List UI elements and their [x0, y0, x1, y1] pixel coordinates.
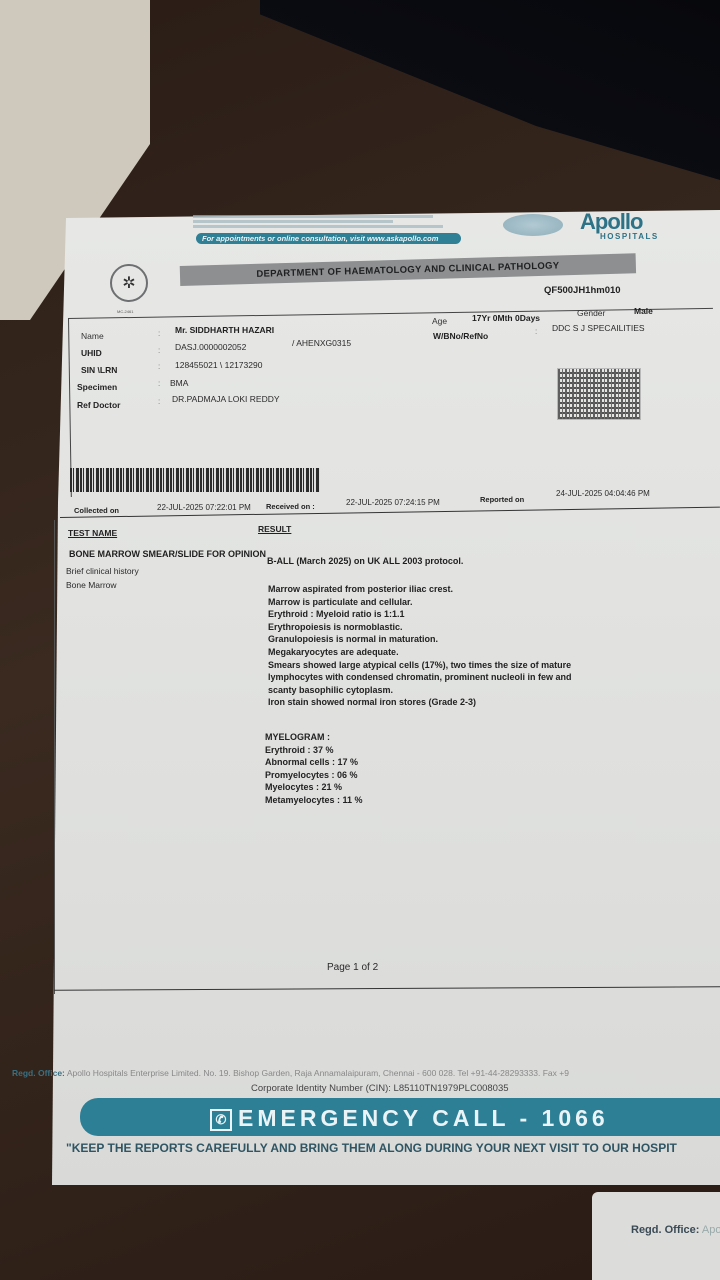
reported-value: 24-JUL-2025 04:04:46 PM — [556, 489, 650, 498]
ref-doctor-label: Ref Doctor — [77, 400, 120, 410]
logo-sub: HOSPITALS — [600, 232, 659, 241]
myelogram-row: Abnormal cells : 17 % — [265, 756, 363, 769]
contact-block — [193, 213, 463, 235]
received-value: 22-JUL-2025 07:24:15 PM — [346, 498, 440, 507]
form-code: QF500JH1hm010 — [544, 285, 621, 296]
sin-value: 128455021 \ 12173290 — [175, 360, 262, 370]
colon: : — [158, 346, 160, 355]
finding-line: Marrow is particulate and cellular. — [268, 596, 628, 609]
specimen-label: Specimen — [77, 382, 117, 392]
patient-name: Mr. SIDDHARTH HAZARI — [175, 325, 274, 335]
second-report-page — [592, 1192, 720, 1280]
colon: : — [158, 329, 160, 338]
result-header: RESULT — [258, 524, 291, 534]
finding-line: scanty basophilic cytoplasm. — [268, 684, 628, 697]
history-value: B-ALL (March 2025) on UK ALL 2003 protoc… — [267, 556, 463, 566]
myelogram: MYELOGRAM : Erythroid : 37 % Abnormal ce… — [265, 731, 363, 807]
uhid-extra: / AHENXG0315 — [292, 338, 351, 348]
second-page-regd: Regd. Office: Apo — [631, 1224, 720, 1236]
uhid-value: DASJ.0000002052 — [175, 342, 246, 352]
gender-label: Gender — [577, 308, 605, 318]
finding-line: Megakaryocytes are adequate. — [268, 646, 628, 659]
colon: : — [158, 362, 160, 371]
accreditation-seal — [503, 214, 563, 236]
refno-value: DDC S J SPECAILITIES — [552, 323, 645, 333]
emblem-icon: ✲ — [110, 264, 148, 302]
age-value: 17Yr 0Mth 0Days — [472, 313, 540, 323]
myelogram-row: Myelocytes : 21 % — [265, 781, 363, 794]
emblem-caption: MC-2461 — [117, 309, 133, 314]
collected-value: 22-JUL-2025 07:22:01 PM — [157, 503, 251, 512]
colon: : — [158, 397, 160, 406]
bone-marrow-label: Bone Marrow — [66, 580, 117, 590]
registered-office: Regd. Office: Apollo Hospitals Enterpris… — [12, 1068, 569, 1078]
colon: : — [158, 379, 160, 388]
findings: Marrow aspirated from posterior iliac cr… — [268, 583, 628, 709]
finding-line: Smears showed large atypical cells (17%)… — [268, 659, 628, 672]
age-label: Age — [432, 316, 447, 326]
history-label: Brief clinical history — [66, 566, 139, 576]
refno-label: W/BNo/RefNo — [433, 331, 488, 341]
myelogram-row: Promyelocytes : 06 % — [265, 769, 363, 782]
finding-line: Marrow aspirated from posterior iliac cr… — [268, 583, 628, 596]
logo-brand: Apollo — [580, 212, 659, 232]
uhid-label: UHID — [81, 348, 102, 358]
finding-line: Erythropoiesis is normoblastic. — [268, 621, 628, 634]
finding-line: Iron stain showed normal iron stores (Gr… — [268, 696, 628, 709]
page-number: Page 1 of 2 — [327, 962, 378, 973]
finding-line: Granulopoiesis is normal in maturation. — [268, 633, 628, 646]
myelogram-title: MYELOGRAM : — [265, 731, 363, 744]
received-label: Received on : — [266, 502, 315, 511]
appointment-banner: For appointments or online consultation,… — [196, 233, 461, 244]
phone-icon: ✆ — [210, 1109, 232, 1131]
finding-line: Erythroid : Myeloid ratio is 1:1.1 — [268, 608, 628, 621]
qr-code — [557, 368, 641, 420]
myelogram-row: Erythroid : 37 % — [265, 744, 363, 757]
name-label: Name — [81, 331, 104, 341]
cin-number: Corporate Identity Number (CIN): L85110T… — [251, 1083, 509, 1094]
reported-label: Reported on — [480, 495, 524, 504]
finding-line: lymphocytes with condensed chromatin, pr… — [268, 671, 628, 684]
colon: : — [535, 327, 537, 336]
gender-value: Male — [634, 306, 653, 316]
keep-reports-notice: "KEEP THE REPORTS CAREFULLY AND BRING TH… — [66, 1141, 677, 1155]
myelogram-row: Metamyelocytes : 11 % — [265, 794, 363, 807]
test-name-header: TEST NAME — [68, 528, 117, 538]
test-name: BONE MARROW SMEAR/SLIDE FOR OPINION — [69, 549, 266, 559]
ref-doctor-value: DR.PADMAJA LOKI REDDY — [172, 394, 280, 404]
specimen-value: BMA — [170, 378, 188, 388]
sin-label: SIN \LRN — [81, 365, 117, 375]
barcode — [70, 468, 320, 492]
collected-label: Collected on — [74, 506, 119, 515]
emergency-banner: ✆EMERGENCY CALL - 1066 — [80, 1098, 720, 1136]
emergency-text: EMERGENCY CALL - 1066 — [238, 1105, 609, 1131]
apollo-logo: Apollo HOSPITALS — [580, 212, 659, 241]
